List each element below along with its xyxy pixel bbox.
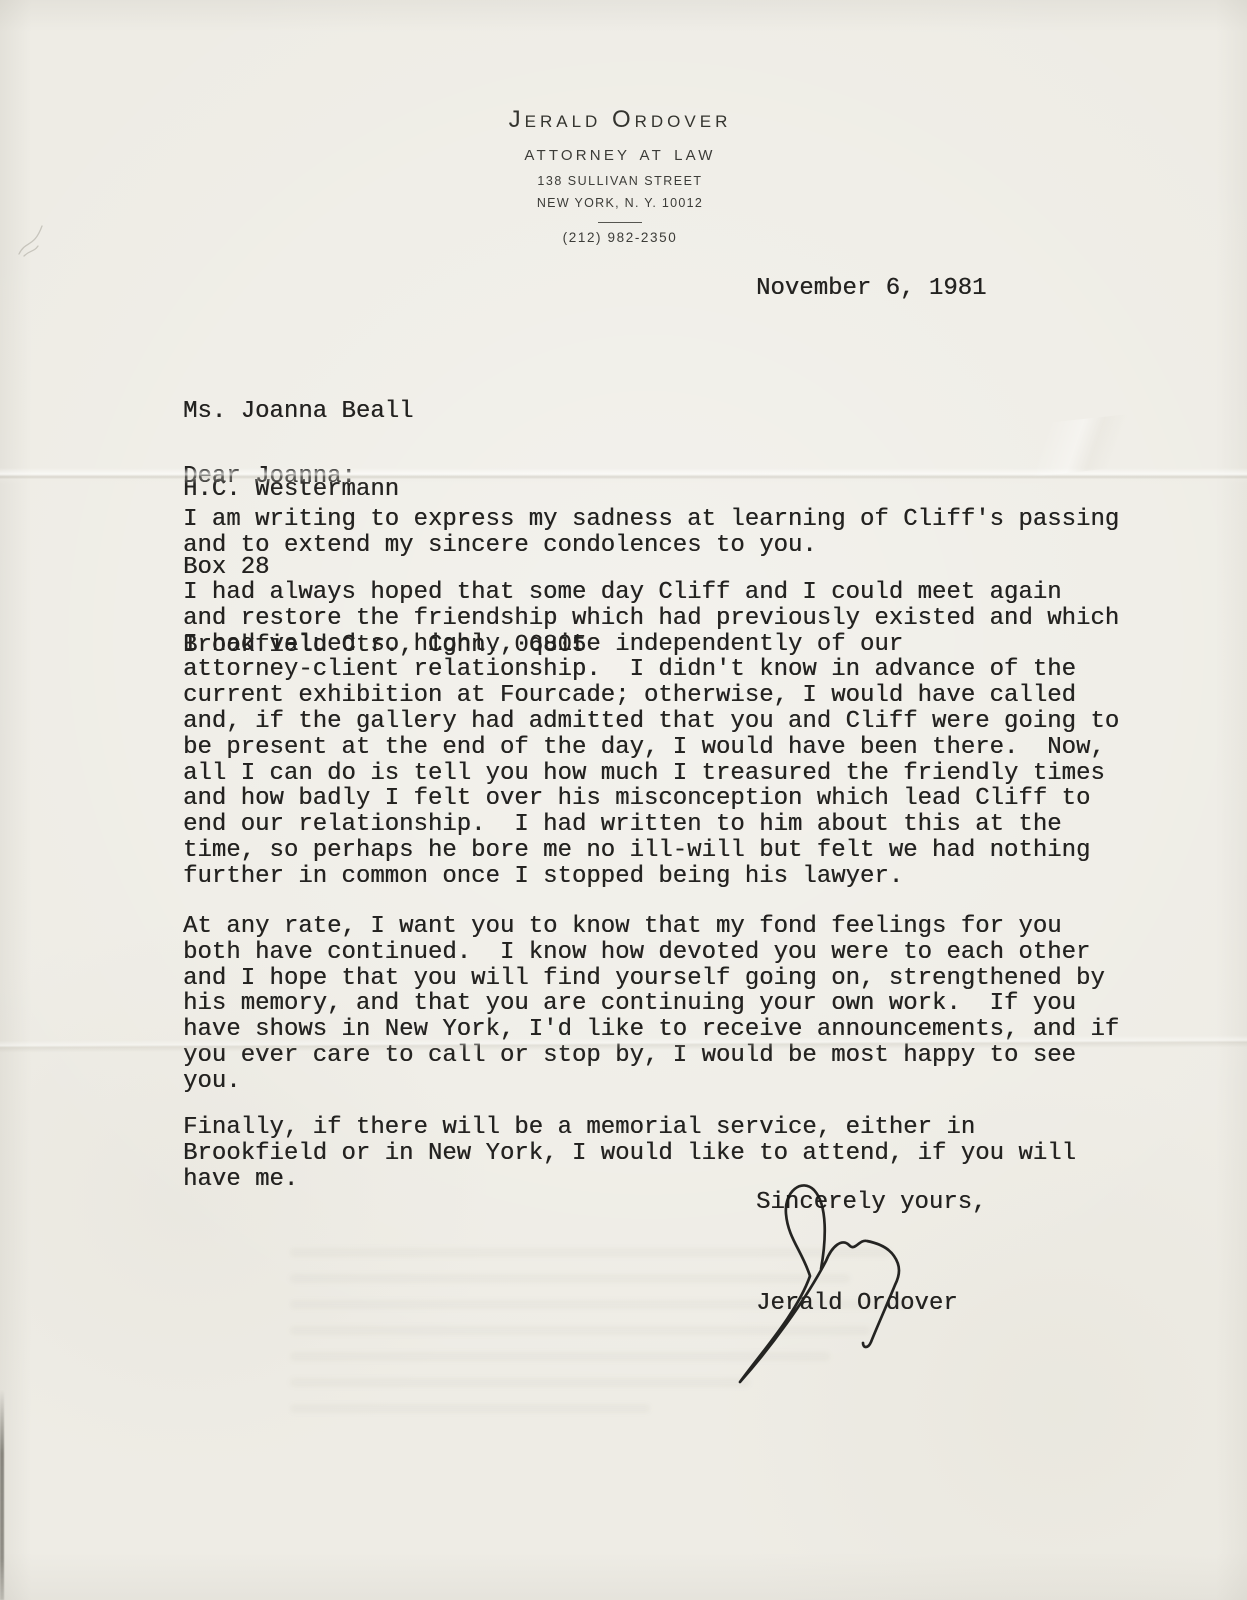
bleed-through-line <box>290 1404 650 1413</box>
letterhead-street: 138 SULLIVAN STREET <box>372 174 868 188</box>
signature-handwritten <box>725 1183 915 1395</box>
wrinkle-highlight <box>998 412 1153 479</box>
recipient-line: Box 28 <box>183 555 586 581</box>
salutation: Dear Joanna: <box>183 464 356 490</box>
letterhead-divider <box>598 222 642 223</box>
typed-signature-name: Jerald Ordover <box>756 1291 958 1317</box>
body-paragraph-1: I am writing to express my sadness at le… <box>183 507 1119 559</box>
letterhead-name: Jerald Ordover <box>372 106 868 134</box>
letterhead-city: NEW YORK, N. Y. 10012 <box>372 196 868 210</box>
scan-edge-shadow <box>0 1390 4 1600</box>
body-paragraph-4: Finally, if there will be a memorial ser… <box>183 1115 1076 1192</box>
letterhead: Jerald Ordover ATTORNEY AT LAW 138 SULLI… <box>372 0 868 270</box>
recipient-line: Ms. Joanna Beall <box>183 399 586 425</box>
date-line: November 6, 1981 <box>756 276 986 302</box>
scanned-letter-page: Jerald Ordover ATTORNEY AT LAW 138 SULLI… <box>0 0 1247 1600</box>
body-paragraph-2: I had always hoped that some day Cliff a… <box>183 580 1119 890</box>
body-paragraph-3: At any rate, I want you to know that my … <box>183 914 1119 1095</box>
letterhead-title: ATTORNEY AT LAW <box>372 147 868 164</box>
pencil-mark <box>16 212 58 260</box>
letterhead-phone: (212) 982-2350 <box>372 230 868 245</box>
bleed-through-line <box>290 1378 750 1387</box>
